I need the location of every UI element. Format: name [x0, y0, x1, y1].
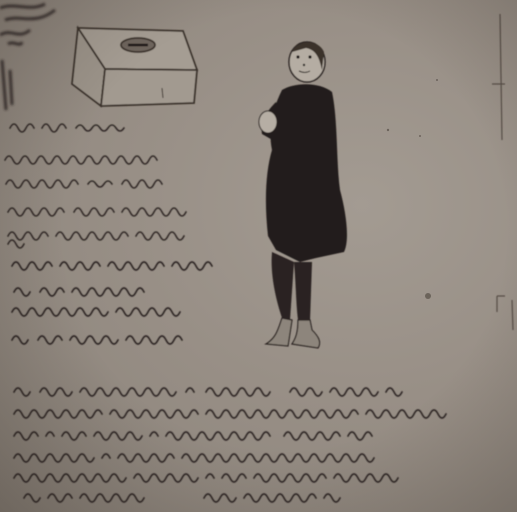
paper-specks: [387, 79, 438, 299]
corner-sketch: [0, 4, 55, 110]
standing-figure: [259, 42, 347, 348]
manuscript-artwork: [0, 0, 517, 512]
box-drawing: [72, 28, 197, 106]
margin-marks: [492, 14, 513, 330]
text-block-bottom: [14, 388, 446, 502]
text-block-upper-left: [5, 124, 186, 248]
manuscript-page: photograph of historical manuscript page…: [0, 0, 517, 512]
text-block-middle-left: [12, 262, 212, 344]
